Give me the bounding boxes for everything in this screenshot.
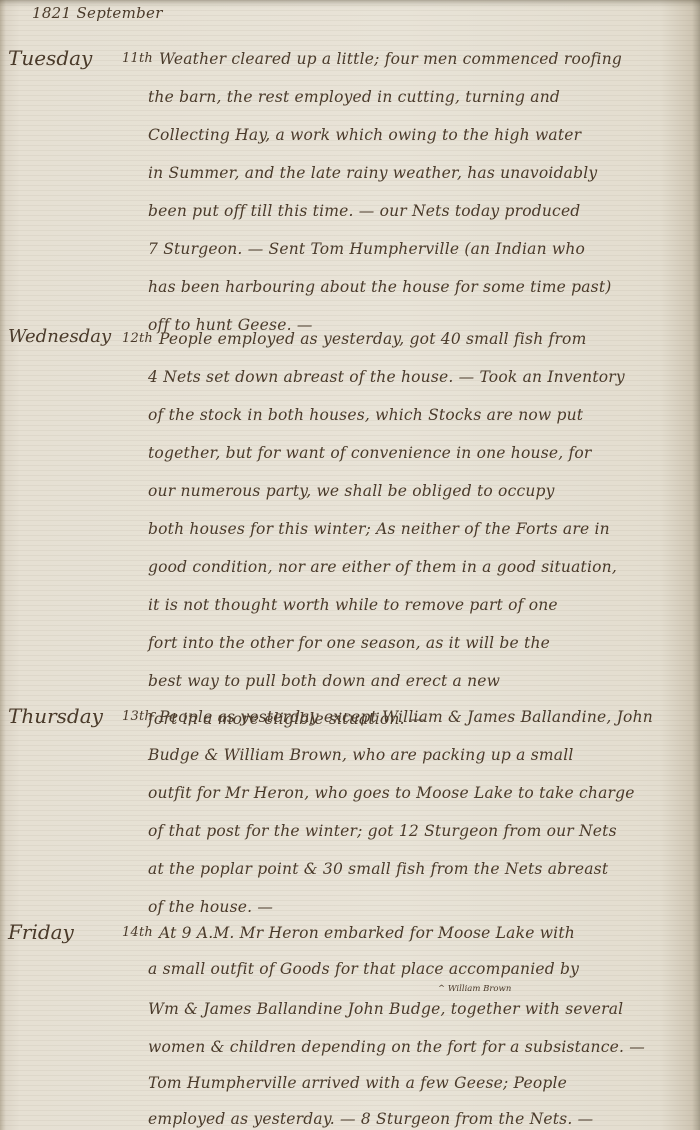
entry-line: 4 Nets set down abreast of the house. — … xyxy=(148,368,625,386)
entry-date: 14th xyxy=(122,925,153,940)
entry-line: women & children depending on the fort f… xyxy=(148,1038,645,1056)
entry-line: fort into the other for one season, as i… xyxy=(148,634,550,652)
entry-line: best way to pull both down and erect a n… xyxy=(148,672,500,690)
day-label-tuesday: Tuesday xyxy=(8,46,92,70)
entry-line: 13thPeople as yesterday except William &… xyxy=(122,708,653,726)
entry-line: our numerous party, we shall be obliged … xyxy=(148,482,555,500)
entry-line: Collecting Hay, a work which owing to th… xyxy=(148,126,581,144)
entry-line: 12thPeople employed as yesterday, got 40… xyxy=(122,330,587,348)
entry-line: 11thWeather cleared up a little; four me… xyxy=(122,50,622,68)
entry-line: Budge & William Brown, who are packing u… xyxy=(148,746,574,764)
page-header-date: 1821 September xyxy=(32,4,163,22)
interlineation-note: ^ William Brown xyxy=(438,984,511,994)
entry-line: Tom Humpherville arrived with a few Gees… xyxy=(148,1074,567,1092)
entry-line: 7 Sturgeon. — Sent Tom Humpherville (an … xyxy=(148,240,585,258)
entry-line: 14thAt 9 A.M. Mr Heron embarked for Moos… xyxy=(122,924,575,942)
entry-line: the barn, the rest employed in cutting, … xyxy=(148,88,560,106)
entry-line: of that post for the winter; got 12 Stur… xyxy=(148,822,617,840)
entry-line: employed as yesterday. — 8 Sturgeon from… xyxy=(148,1110,593,1128)
entry-line: it is not thought worth while to remove … xyxy=(148,596,558,614)
day-label-wednesday: Wednesday xyxy=(8,326,111,347)
entry-date: 11th xyxy=(122,51,153,66)
entry-line: good condition, nor are either of them i… xyxy=(148,558,617,576)
entry-date: 13th xyxy=(122,709,153,724)
entry-line: has been harbouring about the house for … xyxy=(148,278,612,296)
entry-line: outfit for Mr Heron, who goes to Moose L… xyxy=(148,784,635,802)
entry-line: a small outfit of Goods for that place a… xyxy=(148,960,579,978)
entry-line: both houses for this winter; As neither … xyxy=(148,520,610,538)
entry-line: Wm & James Ballandine John Budge, togeth… xyxy=(148,1000,623,1018)
entry-date: 12th xyxy=(122,331,153,346)
entry-line: together, but for want of convenience in… xyxy=(148,444,592,462)
manuscript-page: 1821 September Tuesday 11thWeather clear… xyxy=(0,0,700,1130)
entry-line: in Summer, and the late rainy weather, h… xyxy=(148,164,597,182)
entry-line: at the poplar point & 30 small fish from… xyxy=(148,860,608,878)
entry-line: been put off till this time. — our Nets … xyxy=(148,202,580,220)
day-label-friday: Friday xyxy=(8,920,74,944)
day-label-thursday: Thursday xyxy=(8,704,103,728)
entry-line: of the house. — xyxy=(148,898,273,916)
entry-line: of the stock in both houses, which Stock… xyxy=(148,406,583,424)
